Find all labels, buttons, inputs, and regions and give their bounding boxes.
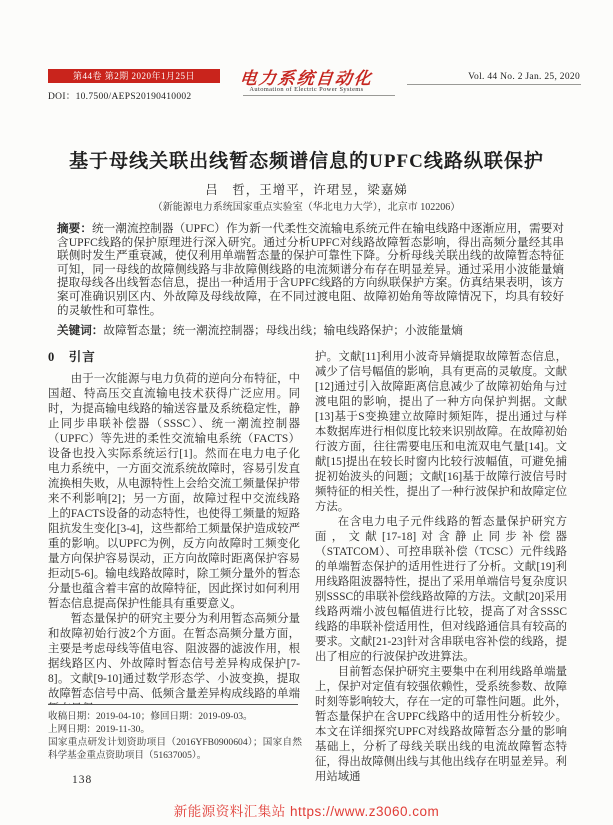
header-right-rule <box>407 84 581 85</box>
footnote-funding: 国家重点研发计划资助项目（2016YFB0900604）；国家自然科学基金重点资… <box>48 736 302 762</box>
journal-subtitle: Automation of Electric Power Systems <box>0 86 613 93</box>
abstract-text: 统一潮流控制器（UPFC）作为新一代柔性交流输电系统元件在输电线路中逐渐应用，需… <box>57 222 564 317</box>
abstract-label: 摘要： <box>57 222 92 235</box>
watermark-link[interactable]: 新能源资料汇集站 https://www.z3060.com <box>0 800 613 820</box>
footnote-online: 上网日期：2019-11-30。 <box>48 723 302 736</box>
authors: 吕 哲，王增平，许珺昱，梁嘉娣 <box>0 180 613 198</box>
footnote-divider <box>48 704 298 705</box>
volume-info: Vol. 44 No. 2 Jan. 25, 2020 <box>468 72 580 82</box>
footnote-block: 收稿日期：2019-04-10；修回日期：2019-09-03。 上网日期：20… <box>48 704 302 762</box>
footnote-received: 收稿日期：2019-04-10；修回日期：2019-09-03。 <box>48 710 302 723</box>
section-heading: 0 引言 <box>48 350 300 365</box>
body-paragraph: 护。文献[11]利用小波奇异熵提取故障暂态信息，减少了信号幅值的影响，具有更高的… <box>315 350 567 515</box>
header-center-rule <box>243 95 395 96</box>
keywords-text: 故障暂态量；统一潮流控制器；母线出线；输电线路保护；小波能量熵 <box>103 324 462 337</box>
paper-page: 第44卷 第2期 2020年1月25日 DOI：10.7500/AEPS2019… <box>0 0 613 825</box>
body-paragraph: 在含电力电子元件线路的暂态量保护研究方面，文献[17-18]对含静止同步补偿器（… <box>315 515 567 665</box>
keywords: 关键词：故障暂态量；统一潮流控制器；母线出线；输电线路保护；小波能量熵 <box>57 324 564 338</box>
page-number: 138 <box>72 774 92 786</box>
abstract: 摘要：统一潮流控制器（UPFC）作为新一代柔性交流输电系统元件在输电线路中逐渐应… <box>57 222 564 321</box>
paper-title: 基于母线关联出线暂态频谱信息的UPFC线路纵联保护 <box>0 146 613 173</box>
body-paragraph: 暂态量保护的研究主要分为利用暂态高频分量和故障初始行波2个方面。在暂态高频分量方… <box>48 612 300 705</box>
body-paragraph: 目前暂态保护研究主要集中在利用线路单端量上，保护对定值有较强依赖性，受系统参数、… <box>315 665 567 785</box>
keywords-label: 关键词： <box>57 324 103 337</box>
right-column: 护。文献[11]利用小波奇异熵提取故障暂态信息，减少了信号幅值的影响，具有更高的… <box>315 350 567 802</box>
body-paragraph: 由于一次能源与电力负荷的逆向分布特征，中国超、特高压交直流输电技术获得广泛应用。… <box>48 372 300 612</box>
left-column: 0 引言 由于一次能源与电力负荷的逆向分布特征，中国超、特高压交直流输电技术获得… <box>48 350 300 705</box>
affiliation: （新能源电力系统国家重点实验室（华北电力大学），北京市 102206） <box>0 198 613 213</box>
